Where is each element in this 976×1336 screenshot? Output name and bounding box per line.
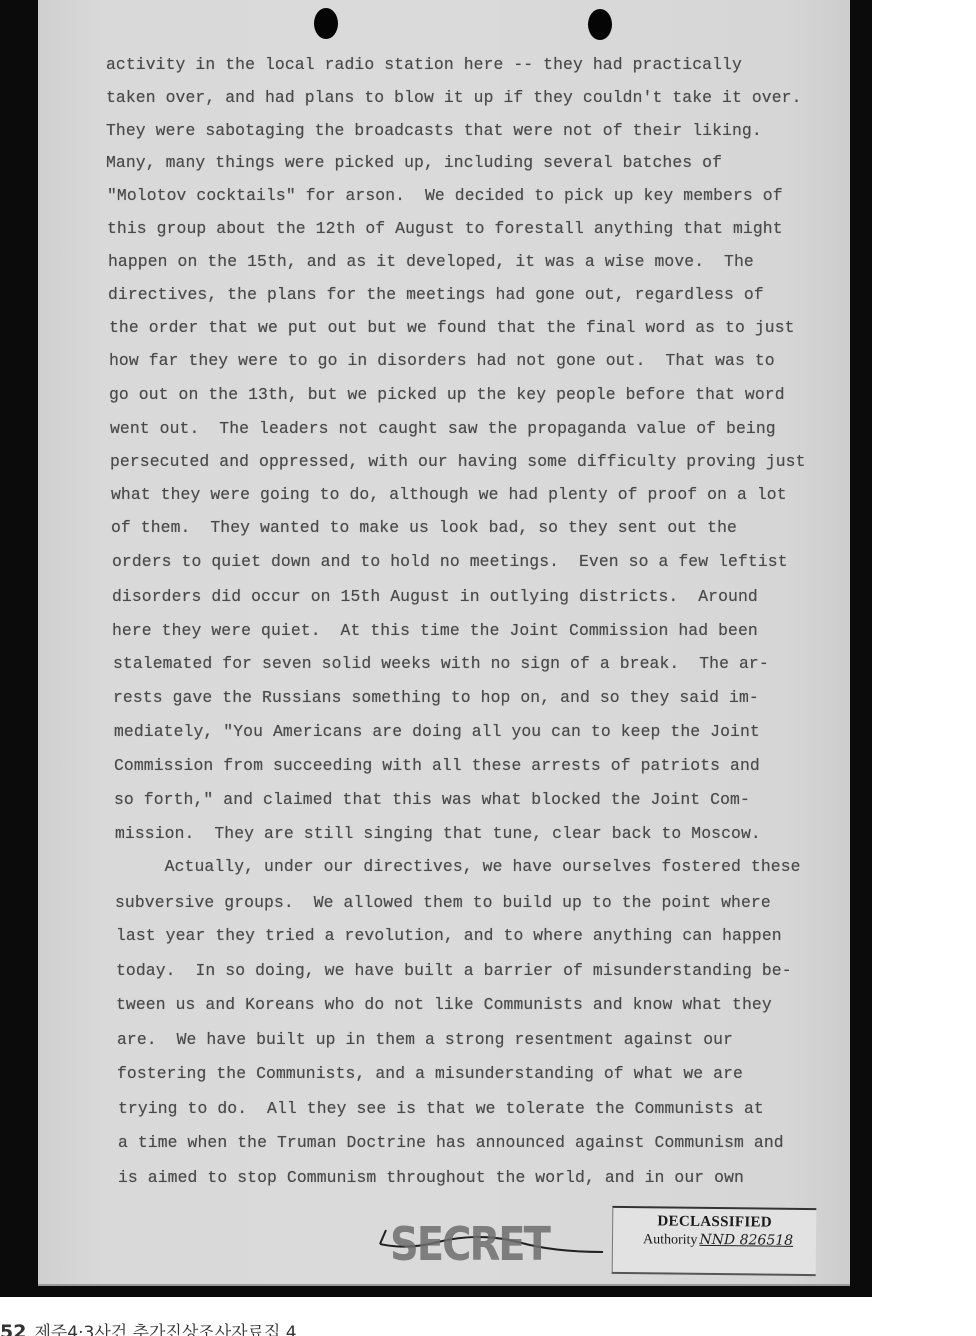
authority-line: AuthorityNND 826518 [643,1231,793,1250]
text-line: last year they tried a revolution, and t… [116,926,782,946]
text-line: mission. They are still singing that tun… [115,824,761,844]
text-line: happen on the 15th, and as it developed,… [108,252,754,272]
text-line: so forth," and claimed that this was wha… [114,790,750,810]
text-line: disorders did occur on 15th August in ou… [112,587,758,607]
text-line: "Molotov cocktails" for arson. We decide… [107,186,783,206]
text-line: fostering the Communists, and a misunder… [117,1064,743,1084]
text-line: They were sabotaging the broadcasts that… [106,121,762,141]
text-line: persecuted and oppressed, with our havin… [110,452,806,472]
text-line: is aimed to stop Communism throughout th… [118,1168,744,1188]
document-body: activity in the local radio station here… [38,0,850,1284]
text-line: today. In so doing, we have built a barr… [116,961,792,981]
text-line: activity in the local radio station here… [106,55,742,75]
text-line: stalemated for seven solid weeks with no… [113,654,769,674]
text-line: here they were quiet. At this time the J… [112,621,758,641]
text-line: tween us and Koreans who do not like Com… [116,995,772,1015]
text-line: the order that we put out but we found t… [109,318,795,338]
secret-stamp: SECRET [390,1219,500,1272]
text-line: Commission from succeeding with all thes… [114,756,760,776]
text-line: directives, the plans for the meetings h… [108,285,764,305]
text-line: how far they were to go in disorders had… [109,351,775,371]
typed-document-page: activity in the local radio station here… [38,0,850,1286]
text-line: trying to do. All they see is that we to… [118,1099,764,1119]
book-title: 제주4·3사건 추가진상조사자료집 4 [34,1323,296,1336]
text-line: go out on the 13th, but we picked up the… [109,385,785,405]
text-line: what they were going to do, although we … [111,485,787,505]
text-line: are. We have built up in them a strong r… [117,1030,733,1050]
text-line: a time when the Truman Doctrine has anno… [118,1133,784,1153]
text-line: Actually, under our directives, we have … [115,857,801,877]
text-line: taken over, and had plans to blow it up … [106,88,802,108]
page-number: 52 [0,1321,26,1336]
book-footer: 52제주4·3사건 추가진상조사자료집 4 [0,1318,297,1336]
text-line: rests gave the Russians something to hop… [113,688,759,708]
text-line: Many, many things were picked up, includ… [106,153,722,173]
text-line: this group about the 12th of August to f… [107,219,783,239]
text-line: went out. The leaders not caught saw the… [110,419,776,439]
text-line: mediately, "You Americans are doing all … [114,722,760,742]
declassified-title: DECLASSIFIED [613,1213,816,1232]
text-line: orders to quiet down and to hold no meet… [112,552,788,572]
text-line: of them. They wanted to make us look bad… [111,518,737,538]
declassified-stamp: DECLASSIFIED AuthorityNND 826518 [612,1206,817,1276]
authority-label: Authority [643,1232,698,1248]
text-line: subversive groups. We allowed them to bu… [115,893,771,913]
authority-value: NND 826518 [699,1232,793,1249]
